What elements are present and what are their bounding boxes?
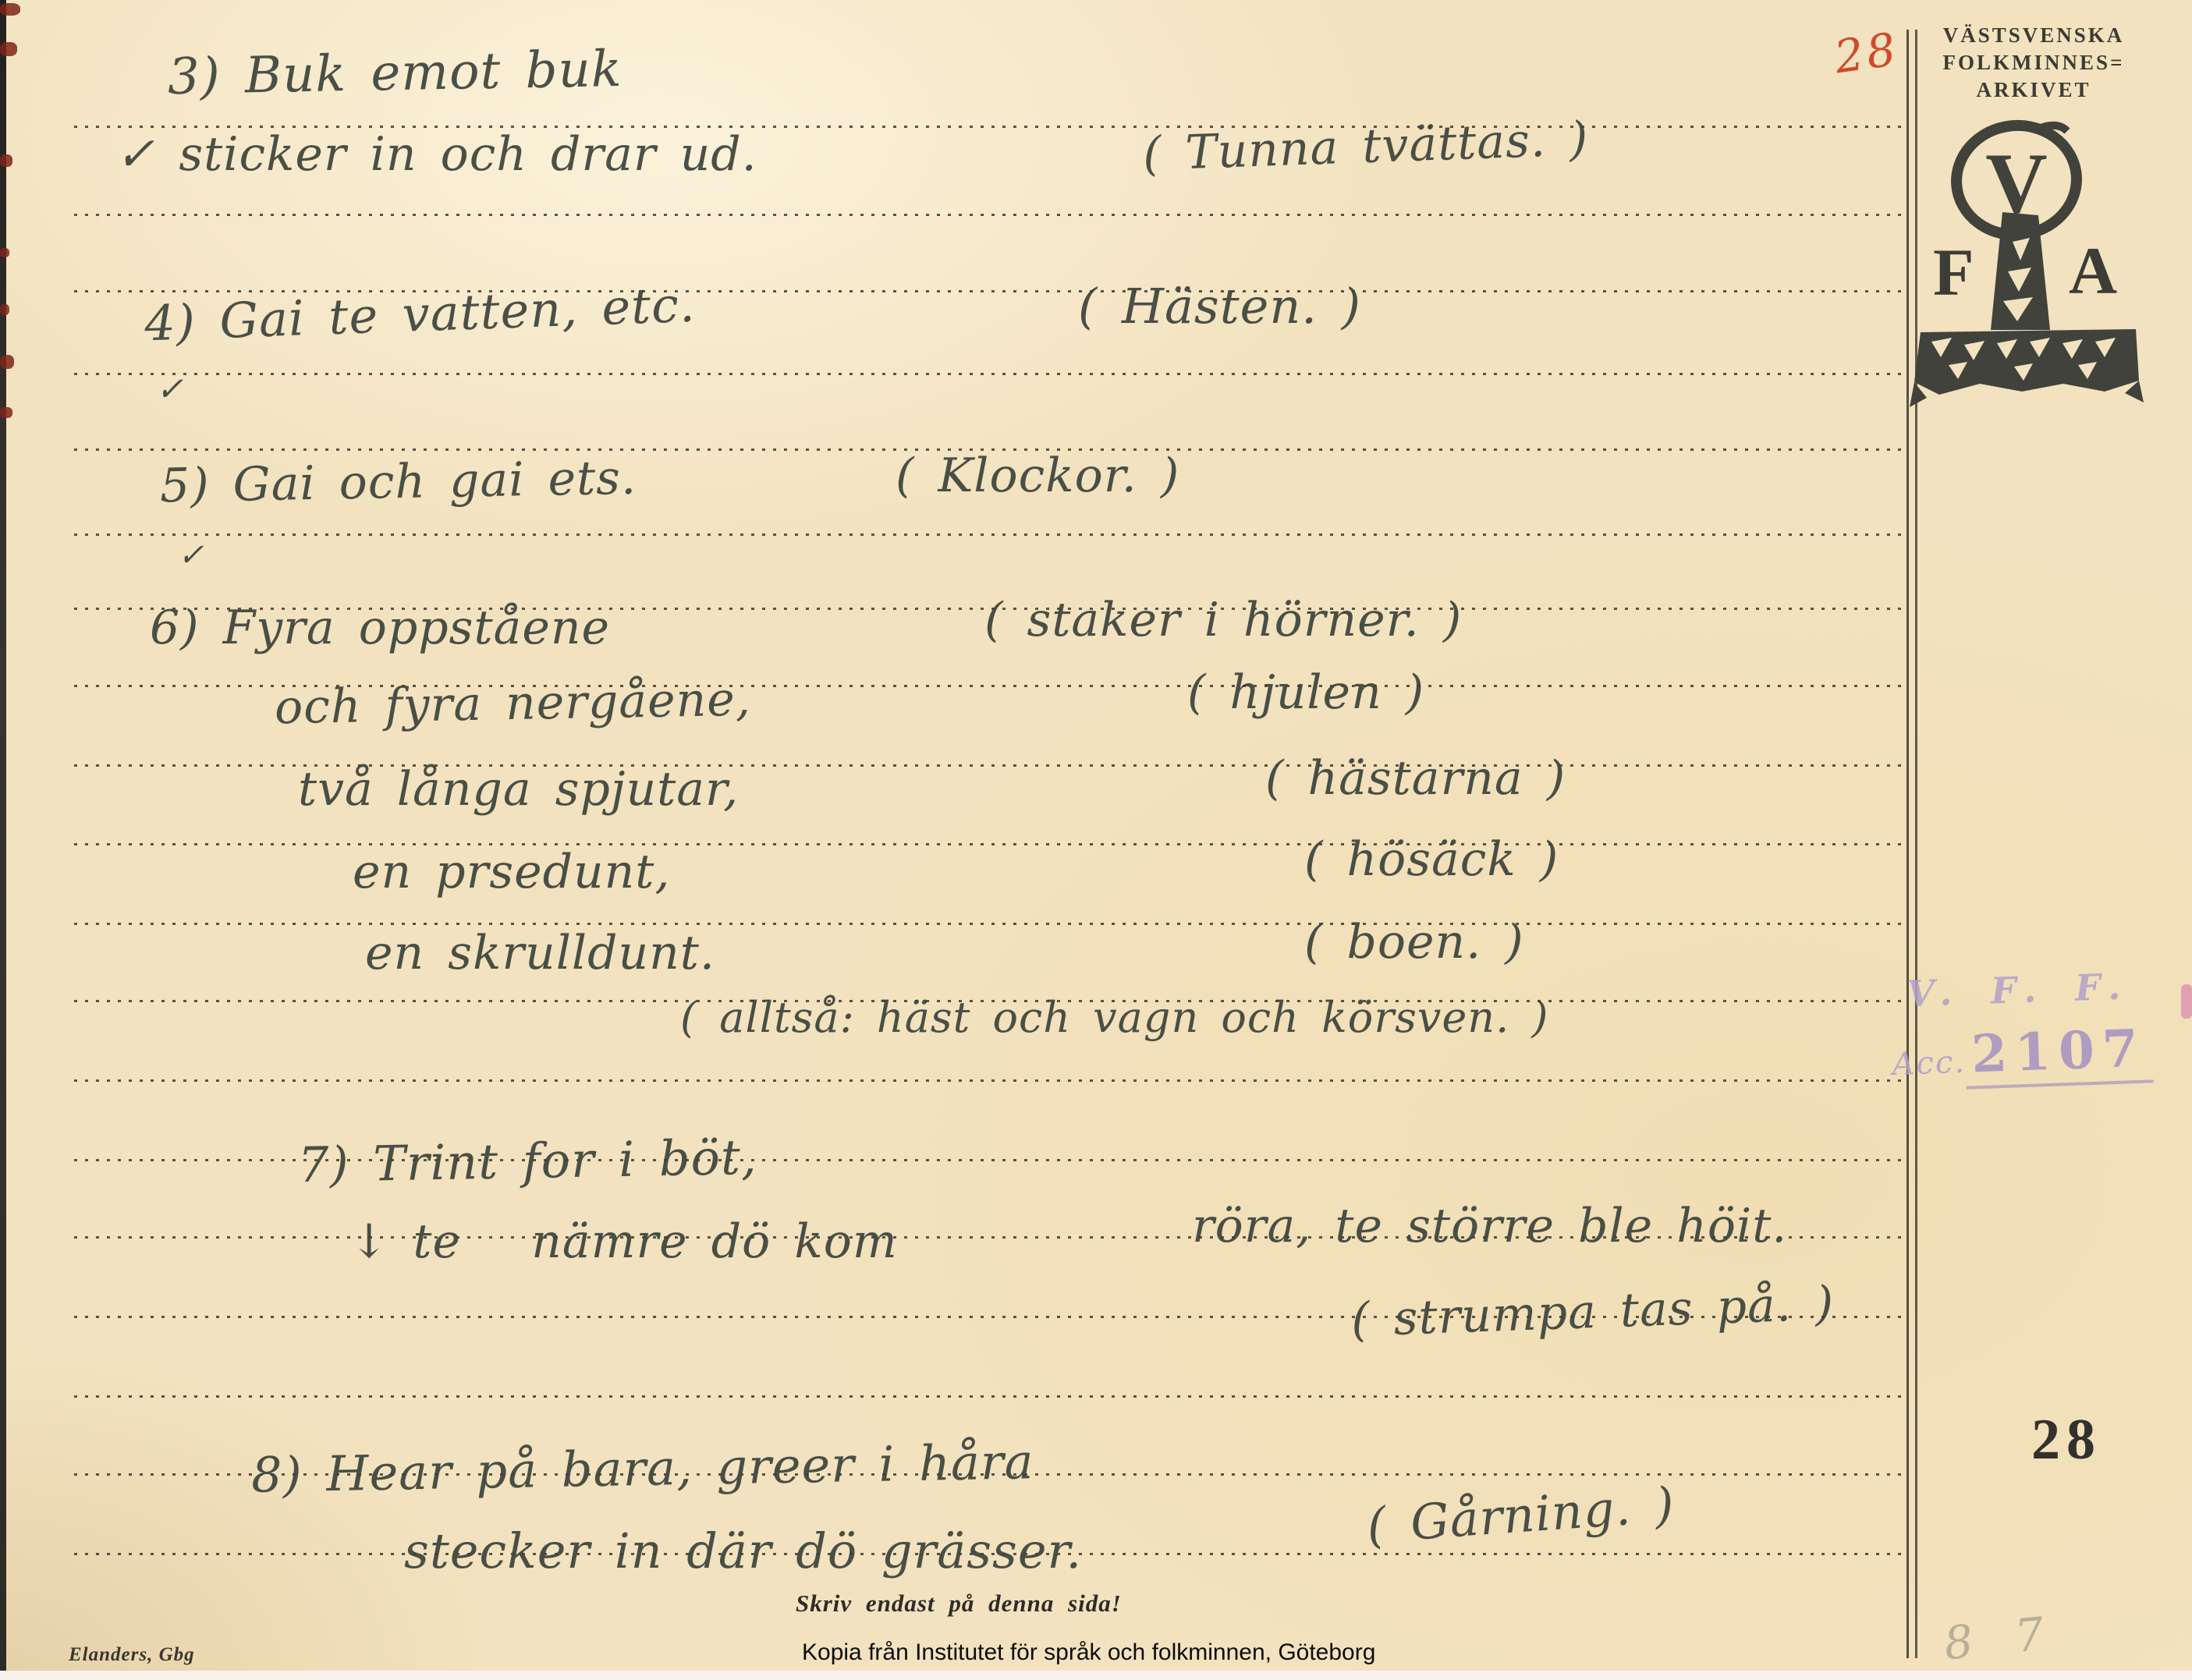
- handwritten-line: en skrulldunt.: [365, 930, 715, 976]
- handwritten-answer: ( staker i hörner. ): [984, 597, 1462, 643]
- digitization-caption: Kopia från Institutet för språk och folk…: [802, 1639, 1375, 1666]
- handwritten-line: 7) Trint for i böt,: [298, 1133, 758, 1189]
- scan-edge-mark: [0, 3, 20, 16]
- archive-header-line2: FOLKMINNES=: [1914, 49, 2153, 76]
- stamp-acc-row: Acc. 2107: [1908, 1018, 2144, 1088]
- scan-edge-mark: [0, 304, 9, 315]
- archive-header-line1: VÄSTSVENSKA: [1914, 22, 2153, 49]
- ruled-line: [74, 843, 1906, 845]
- scanned-archive-page: 28 VÄSTSVENSKA FOLKMINNES= ARKIVET V: [0, 0, 2192, 1680]
- thors-hammer-icon: V F A: [1903, 117, 2153, 429]
- handwritten-answer: ( Hästen. ): [1078, 282, 1361, 331]
- handwritten-line: ↓ te nämre dö kom: [349, 1218, 898, 1265]
- handwritten-line: röra, te större ble höit.: [1192, 1203, 1787, 1249]
- ruled-line: [74, 923, 1906, 925]
- printer-imprint: Elanders, Gbg: [69, 1644, 195, 1666]
- handwritten-answer: ( boen. ): [1304, 919, 1524, 966]
- vfa-logo: V F A: [1903, 117, 2153, 429]
- handwritten-line: 5) Gai och gai ets.: [160, 455, 637, 510]
- handwritten-answer: ( hjulen ): [1187, 669, 1424, 716]
- handwritten-answer: ( hästarna ): [1265, 755, 1566, 802]
- handwritten-answer: ( Gårning. ): [1365, 1480, 1676, 1550]
- scan-pink-mark: [2181, 984, 2192, 1019]
- ruled-line: [74, 1079, 1906, 1082]
- printed-instruction: Skriv endast på denna sida!: [796, 1590, 1122, 1618]
- handwritten-line: en prsedunt,: [353, 849, 671, 895]
- handwritten-line: 3) Buk emot buk: [167, 44, 622, 102]
- handwritten-answer: ( hösäck ): [1304, 836, 1559, 883]
- accession-stamp: V. F. F. Acc. 2107: [1906, 965, 2144, 1088]
- ruled-line: [74, 214, 1906, 216]
- scan-edge-mark: [0, 407, 12, 418]
- stamp-initials: V. F. F.: [1906, 965, 2142, 1015]
- handwritten-line: två långa spjutar,: [298, 766, 739, 813]
- logo-letter-a: A: [2069, 233, 2117, 308]
- handwritten-answer: ( strumpa tas på. ): [1350, 1280, 1835, 1344]
- ruled-line: [74, 373, 1906, 375]
- handwritten-checkmark: ✓: [178, 540, 205, 571]
- scan-edge-mark: [0, 355, 14, 369]
- page-number-pencil: 8 7: [1942, 1606, 2061, 1671]
- handwritten-answer: ( Tunna tvättas. ): [1142, 115, 1589, 178]
- ruled-line: [74, 533, 1906, 536]
- page-number-printed: 28: [2031, 1407, 2102, 1473]
- handwritten-answer: ( Klockor. ): [896, 452, 1179, 499]
- scan-edge-mark: [0, 248, 9, 257]
- handwritten-line: 6) Fyra oppståene: [150, 604, 610, 651]
- scan-edge-mark: [0, 154, 12, 167]
- handwritten-checkmark: ✓: [156, 373, 184, 406]
- handwritten-line: ✓ sticker in och drar ud.: [115, 131, 757, 178]
- handwritten-line: och fyra nergåene,: [275, 676, 752, 732]
- scan-bottom-strip: [0, 1671, 2192, 1680]
- page-number-red: 28: [1832, 23, 1902, 84]
- stamp-acc-label: Acc.: [1892, 1044, 1967, 1083]
- ruled-line: [74, 1395, 1906, 1398]
- scan-edge-mark: [0, 42, 17, 56]
- handwritten-line: 8) Hear på bara, greer i håra: [251, 1437, 1034, 1500]
- archive-header-line3: ARKIVET: [1914, 76, 2153, 104]
- archive-header: VÄSTSVENSKA FOLKMINNES= ARKIVET: [1914, 22, 2153, 104]
- stamp-acc-number: 2107: [1964, 1017, 2153, 1089]
- logo-letter-f: F: [1933, 235, 1974, 310]
- handwritten-line: stecker in där dö grässer.: [404, 1527, 1082, 1575]
- handwritten-note: ( alltså: häst och vagn och körsven. ): [680, 997, 1549, 1039]
